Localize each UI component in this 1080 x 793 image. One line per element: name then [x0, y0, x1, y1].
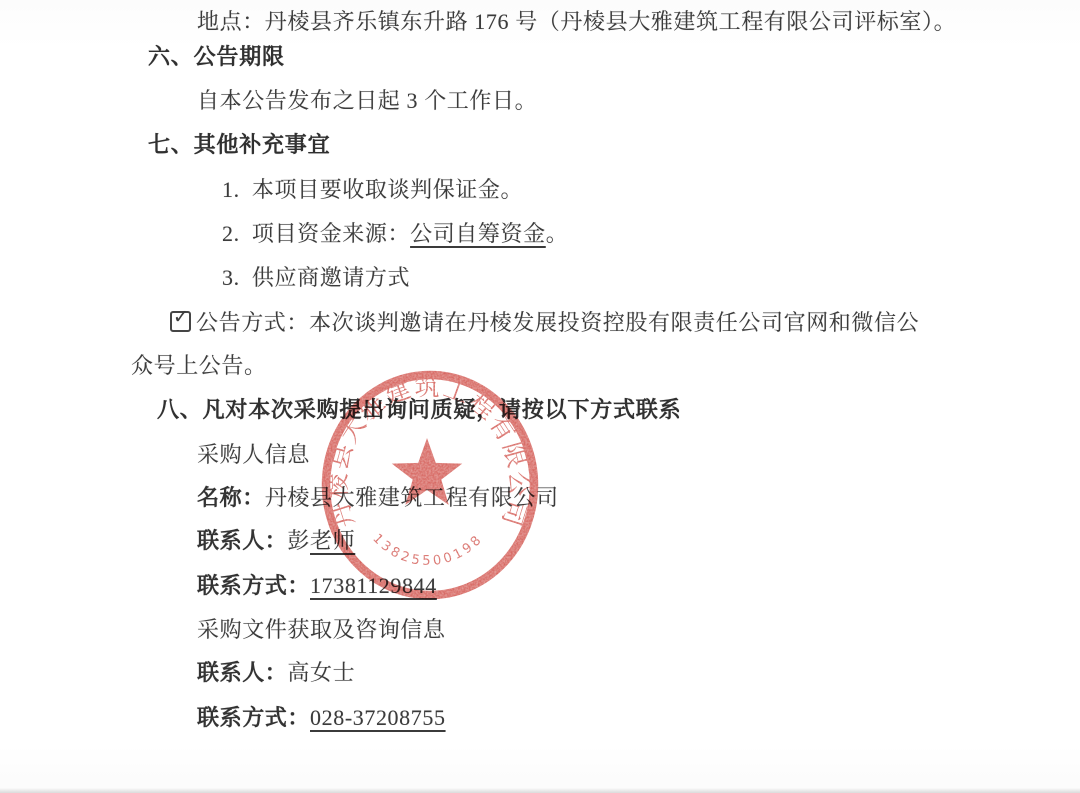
contact-phone-line-2: 联系方式：028-37208755	[197, 704, 446, 732]
section-6-body: 自本公告发布之日起 3 个工作日。	[197, 87, 537, 115]
checked-checkbox-icon: ✓	[170, 311, 191, 332]
scan-bottom-edge	[0, 788, 1080, 793]
phone-value-1: 17381129844	[310, 573, 437, 598]
contact-label-1: 联系人：	[197, 528, 287, 553]
buyer-name-line: 名称：丹棱县大雅建筑工程有限公司	[197, 484, 559, 512]
check-mark-icon: ✓	[173, 304, 189, 332]
list-item-2: 2. 项目资金来源：公司自筹资金。	[222, 220, 568, 248]
section-6-heading: 六、公告期限	[148, 43, 285, 71]
item-2-prefix: 2. 项目资金来源：	[222, 221, 410, 246]
document-page: 地点：丹棱县齐乐镇东升路 176 号（丹棱县大雅建筑工程有限公司评标室）。 六、…	[0, 0, 1080, 793]
item-2-suffix: 。	[546, 221, 569, 246]
list-item-1: 1. 本项目要收取谈判保证金。	[222, 176, 523, 204]
announcement-method-line: ✓公告方式：本次谈判邀请在丹棱发展投资控股有限责任公司官网和微信公	[170, 309, 919, 337]
location-line: 地点：丹棱县齐乐镇东升路 176 号（丹棱县大雅建筑工程有限公司评标室）。	[197, 8, 956, 36]
section-8-heading: 八、凡对本次采购提出询问质疑，请按以下方式联系	[157, 396, 681, 424]
contact-name-2: 高女士	[287, 660, 355, 685]
phone-label-2: 联系方式：	[197, 705, 310, 730]
contact-phone-line-1: 联系方式：17381129844	[197, 572, 437, 600]
announcement-method-text: 公告方式：本次谈判邀请在丹棱发展投资控股有限责任公司官网和微信公	[196, 310, 919, 335]
contact-name-prefix: 彭	[287, 528, 310, 553]
announcement-method-wrap: 众号上公告。	[131, 352, 267, 380]
name-label: 名称：	[197, 485, 265, 510]
funding-source-value: 公司自筹资金	[410, 221, 546, 246]
buyer-name-value: 丹棱县大雅建筑工程有限公司	[265, 485, 559, 510]
contact-person-line-1: 联系人：彭老师	[197, 527, 355, 555]
section-7-heading: 七、其他补充事宜	[148, 131, 330, 159]
buyer-info-title: 采购人信息	[197, 441, 310, 469]
contact-name-underlined: 老师	[310, 528, 355, 553]
contact-person-line-2: 联系人：高女士	[197, 659, 355, 687]
phone-value-2: 028-37208755	[310, 705, 446, 730]
phone-label-1: 联系方式：	[197, 573, 310, 598]
list-item-3: 3. 供应商邀请方式	[222, 264, 410, 292]
contact-label-2: 联系人：	[197, 660, 287, 685]
document-info-title: 采购文件获取及咨询信息	[197, 616, 446, 644]
